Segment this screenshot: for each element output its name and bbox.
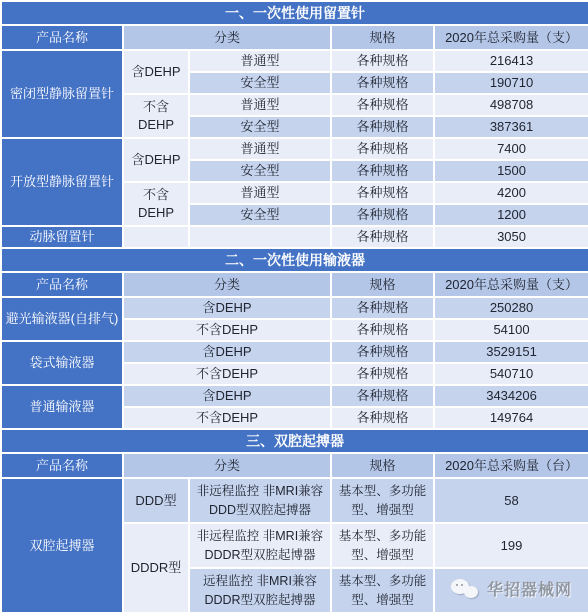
col-header-qty: 2020年总采购量（台） — [434, 453, 588, 478]
type-cell: 普通型 — [189, 138, 331, 160]
dehp-cell: 不含DEHP — [123, 407, 331, 429]
product-cell: 动脉留置针 — [1, 226, 123, 248]
table-row: 开放型静脉留置针 含DEHP 普通型 各种规格 7400 — [1, 138, 588, 160]
col-header-spec: 规格 — [331, 25, 434, 50]
qty-cell: 199 — [434, 523, 588, 568]
section3-title-row: 三、双腔起搏器 — [1, 429, 588, 453]
dehp-cell: 含DEHP — [123, 297, 331, 319]
type-cell — [189, 226, 331, 248]
col-header-spec: 规格 — [331, 272, 434, 297]
col-header-product: 产品名称 — [1, 25, 123, 50]
section1-title-row: 一、一次性使用留置针 — [1, 1, 588, 25]
description-line1: 远程监控 非MRI兼容 — [192, 572, 328, 590]
table-row: 袋式输液器 含DEHP 各种规格 3529151 — [1, 341, 588, 363]
description-line1: 非远程监控 非MRI兼容 — [192, 527, 328, 545]
product-cell: 密闭型静脉留置针 — [1, 50, 123, 138]
qty-cell: 7400 — [434, 138, 588, 160]
qty-cell: 149764 — [434, 407, 588, 429]
qty-cell: 387361 — [434, 116, 588, 138]
wechat-chat-bubbles-icon — [451, 579, 481, 603]
section1-title: 一、一次性使用留置针 — [1, 1, 588, 25]
section3-title: 三、双腔起搏器 — [1, 429, 588, 453]
qty-cell: 3050 — [434, 226, 588, 248]
spec-cell: 各种规格 — [331, 297, 434, 319]
spec-cell: 各种规格 — [331, 138, 434, 160]
dehp-cell: 不含DEHP — [123, 94, 189, 138]
qty-cell: 3529151 — [434, 341, 588, 363]
dehp-cell: 含DEHP — [123, 50, 189, 94]
description-line2: DDDR型双腔起博器 — [192, 546, 328, 564]
type-cell: 普通型 — [189, 94, 331, 116]
spec-cell: 各种规格 — [331, 116, 434, 138]
spec-cell: 各种规格 — [331, 226, 434, 248]
watermark-text: 华招器械网 — [487, 580, 572, 602]
description-cell: 非远程监控 非MRI兼容 DDD型双腔起搏器 — [189, 478, 331, 523]
qty-cell: 540710 — [434, 363, 588, 385]
table-row: 动脉留置针 各种规格 3050 — [1, 226, 588, 248]
spec-cell: 各种规格 — [331, 407, 434, 429]
type-cell: 安全型 — [189, 72, 331, 94]
col-header-spec: 规格 — [331, 453, 434, 478]
type-cell: 安全型 — [189, 160, 331, 182]
product-cell: 袋式输液器 — [1, 341, 123, 385]
col-header-qty: 2020年总采购量（支） — [434, 272, 588, 297]
spec-cell: 各种规格 — [331, 94, 434, 116]
type-cell: 安全型 — [189, 116, 331, 138]
dehp-cell: 含DEHP — [123, 385, 331, 407]
col-header-category: 分类 — [123, 272, 331, 297]
dehp-cell: 不含DEHP — [123, 182, 189, 226]
spec-cell: 各种规格 — [331, 341, 434, 363]
description-line2: DDD型双腔起搏器 — [192, 501, 328, 519]
qty-cell: 1200 — [434, 204, 588, 226]
spec-cell: 各种规格 — [331, 182, 434, 204]
section2-title: 二、一次性使用输液器 — [1, 248, 588, 272]
col-header-product: 产品名称 — [1, 453, 123, 478]
col-header-category: 分类 — [123, 25, 331, 50]
dehp-cell: 不含DEHP — [123, 319, 331, 341]
description-cell: 远程监控 非MRI兼容 DDDR型双腔起搏器 — [189, 568, 331, 613]
watermark: 华招器械网 — [437, 579, 586, 603]
spec-cell: 各种规格 — [331, 204, 434, 226]
spec-cell: 基本型、多功能型、增强型 — [331, 478, 434, 523]
qty-cell: 1500 — [434, 160, 588, 182]
table-row: 双腔起搏器 DDD型 非远程监控 非MRI兼容 DDD型双腔起搏器 基本型、多功… — [1, 478, 588, 523]
table-row: 普通输液器 含DEHP 各种规格 3434206 — [1, 385, 588, 407]
product-cell: 普通输液器 — [1, 385, 123, 429]
col-header-qty: 2020年总采购量（支） — [434, 25, 588, 50]
col-header-product: 产品名称 — [1, 272, 123, 297]
spec-cell: 各种规格 — [331, 385, 434, 407]
qty-cell: 498708 — [434, 94, 588, 116]
description-cell: 非远程监控 非MRI兼容 DDDR型双腔起博器 — [189, 523, 331, 568]
description-line2: DDDR型双腔起搏器 — [192, 591, 328, 609]
description-line1: 非远程监控 非MRI兼容 — [192, 482, 328, 500]
col-header-category: 分类 — [123, 453, 331, 478]
section1-header-row: 产品名称 分类 规格 2020年总采购量（支） — [1, 25, 588, 50]
spec-cell: 基本型、多功能型、增强型 — [331, 523, 434, 568]
section2-title-row: 二、一次性使用输液器 — [1, 248, 588, 272]
spec-cell: 各种规格 — [331, 50, 434, 72]
dehp-cell: 不含DEHP — [123, 363, 331, 385]
spec-cell: 各种规格 — [331, 363, 434, 385]
qty-cell: 190710 — [434, 72, 588, 94]
spec-cell: 各种规格 — [331, 319, 434, 341]
type-cell: 安全型 — [189, 204, 331, 226]
spec-cell: 各种规格 — [331, 72, 434, 94]
dehp-cell: 含DEHP — [123, 341, 331, 363]
product-cell: 双腔起搏器 — [1, 478, 123, 613]
dehp-cell: 含DEHP — [123, 138, 189, 182]
table-row: 密闭型静脉留置针 含DEHP 普通型 各种规格 216413 — [1, 50, 588, 72]
model-cell: DDDR型 — [123, 523, 189, 613]
type-cell: 普通型 — [189, 182, 331, 204]
qty-cell: 58 — [434, 478, 588, 523]
product-cell: 避光输液器(自排气) — [1, 297, 123, 341]
qty-cell: 250280 — [434, 297, 588, 319]
table-row: 避光输液器(自排气) 含DEHP 各种规格 250280 — [1, 297, 588, 319]
section3-header-row: 产品名称 分类 规格 2020年总采购量（台） — [1, 453, 588, 478]
type-cell: 普通型 — [189, 50, 331, 72]
model-cell: DDD型 — [123, 478, 189, 523]
qty-cell: 4200 — [434, 182, 588, 204]
spec-cell: 基本型、多功能型、增强型 — [331, 568, 434, 613]
qty-cell: 54100 — [434, 319, 588, 341]
procurement-table: 一、一次性使用留置针 产品名称 分类 规格 2020年总采购量（支） 密闭型静脉… — [0, 0, 588, 614]
qty-cell: 216413 — [434, 50, 588, 72]
section2-header-row: 产品名称 分类 规格 2020年总采购量（支） — [1, 272, 588, 297]
watermark-cell: 华招器械网 — [434, 568, 588, 613]
qty-cell: 3434206 — [434, 385, 588, 407]
product-cell: 开放型静脉留置针 — [1, 138, 123, 226]
spec-cell: 各种规格 — [331, 160, 434, 182]
dehp-cell — [123, 226, 189, 248]
